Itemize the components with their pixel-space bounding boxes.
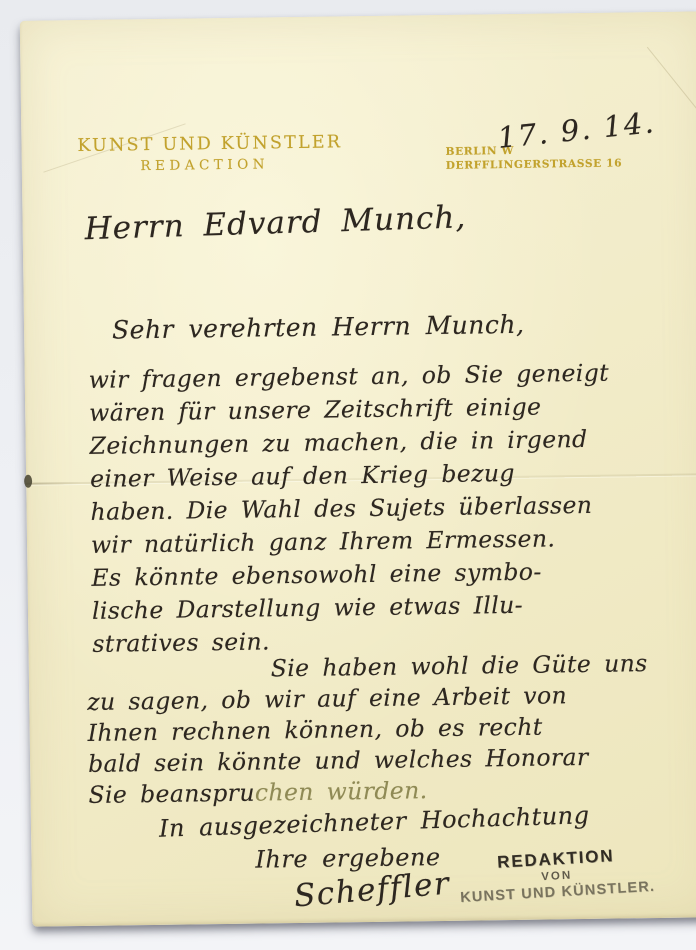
letter-paper: KUNST UND KÜNSTLER REDACTION BERLIN W DE… <box>20 11 696 926</box>
letterhead-subtitle: REDACTION <box>78 155 332 175</box>
body-paragraph-2: Sie haben wohl die Güte uns zu sagen, ob… <box>87 647 696 811</box>
body-line: Sie haben wohl die Güte uns <box>271 647 696 684</box>
redaktion-stamp: REDAKTION VON KUNST UND KÜNSTLER. <box>430 842 683 907</box>
body-paragraph-1: wir fragen ergebenst an, ob Sie geneigt … <box>89 356 693 661</box>
signature: Scheffler <box>293 866 452 915</box>
recipient-line: Herrn Edvard Munch, <box>84 199 467 247</box>
letterhead: KUNST UND KÜNSTLER REDACTION <box>77 132 332 175</box>
letterhead-address-line2: DERFFLINGERSTRASSE 16 <box>446 157 623 173</box>
salutation-line: Sehr verehrten Herrn Munch, <box>112 310 525 345</box>
body-line-honorar-faded: chen würden. <box>255 776 428 806</box>
letterhead-title: KUNST UND KÜNSTLER <box>77 132 331 156</box>
fold-edge-ink-spot <box>24 475 32 488</box>
body-line-honorar-dark: Sie beanspru <box>88 779 255 809</box>
scan-background: KUNST UND KÜNSTLER REDACTION BERLIN W DE… <box>0 0 696 950</box>
